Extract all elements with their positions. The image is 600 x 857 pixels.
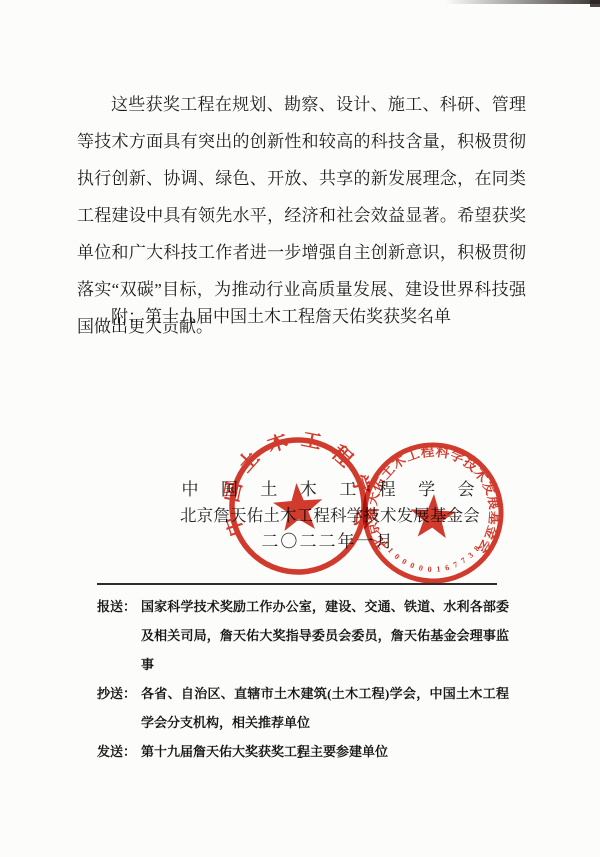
- distribution-text: 各省、自治区、直辖市土木建筑(土木工程)学会，中国土木工程学会分支机构，相关推荐…: [141, 679, 509, 737]
- scan-artifact-top-edge: [445, 0, 600, 4]
- distribution-list: 报送： 国家科学技术奖励工作办公室，建设、交通、铁道、水利各部委及相关司局，詹天…: [97, 592, 509, 766]
- divider-line: [97, 583, 497, 585]
- scan-artifact-top-right-corner: [590, 0, 600, 7]
- seal-arc-text: 中国土木工程学会: [220, 428, 376, 542]
- page-number: 2: [0, 747, 600, 762]
- distribution-row-submit: 报送： 国家科学技术奖励工作办公室，建设、交通、铁道、水利各部委及相关司局，詹天…: [97, 592, 509, 679]
- attachment-line: 附：第十九届中国土木工程詹天佑奖获奖名单: [77, 298, 526, 335]
- distribution-row-copy: 抄送： 各省、自治区、直辖市土木建筑(土木工程)学会，中国土木工程学会分支机构，…: [97, 679, 509, 737]
- document-page: 这些获奖工程在规划、勘察、设计、施工、科研、管理等技术方面具有突出的创新性和较高…: [0, 0, 600, 857]
- distribution-label: 报送：: [97, 592, 141, 679]
- seal-zhantianyou-foundation: 北京詹天佑土木工程科学技术发展基金会 1100000167738: [354, 434, 512, 592]
- seal-star-icon: [409, 493, 457, 539]
- seal-star-icon: [272, 481, 325, 531]
- distribution-label: 抄送：: [97, 679, 141, 737]
- seal-china-civil-engineering-society: 中国土木工程学会: [220, 428, 376, 584]
- distribution-text: 国家科学技术奖励工作办公室，建设、交通、铁道、水利各部委及相关司局，詹天佑大奖指…: [141, 592, 509, 679]
